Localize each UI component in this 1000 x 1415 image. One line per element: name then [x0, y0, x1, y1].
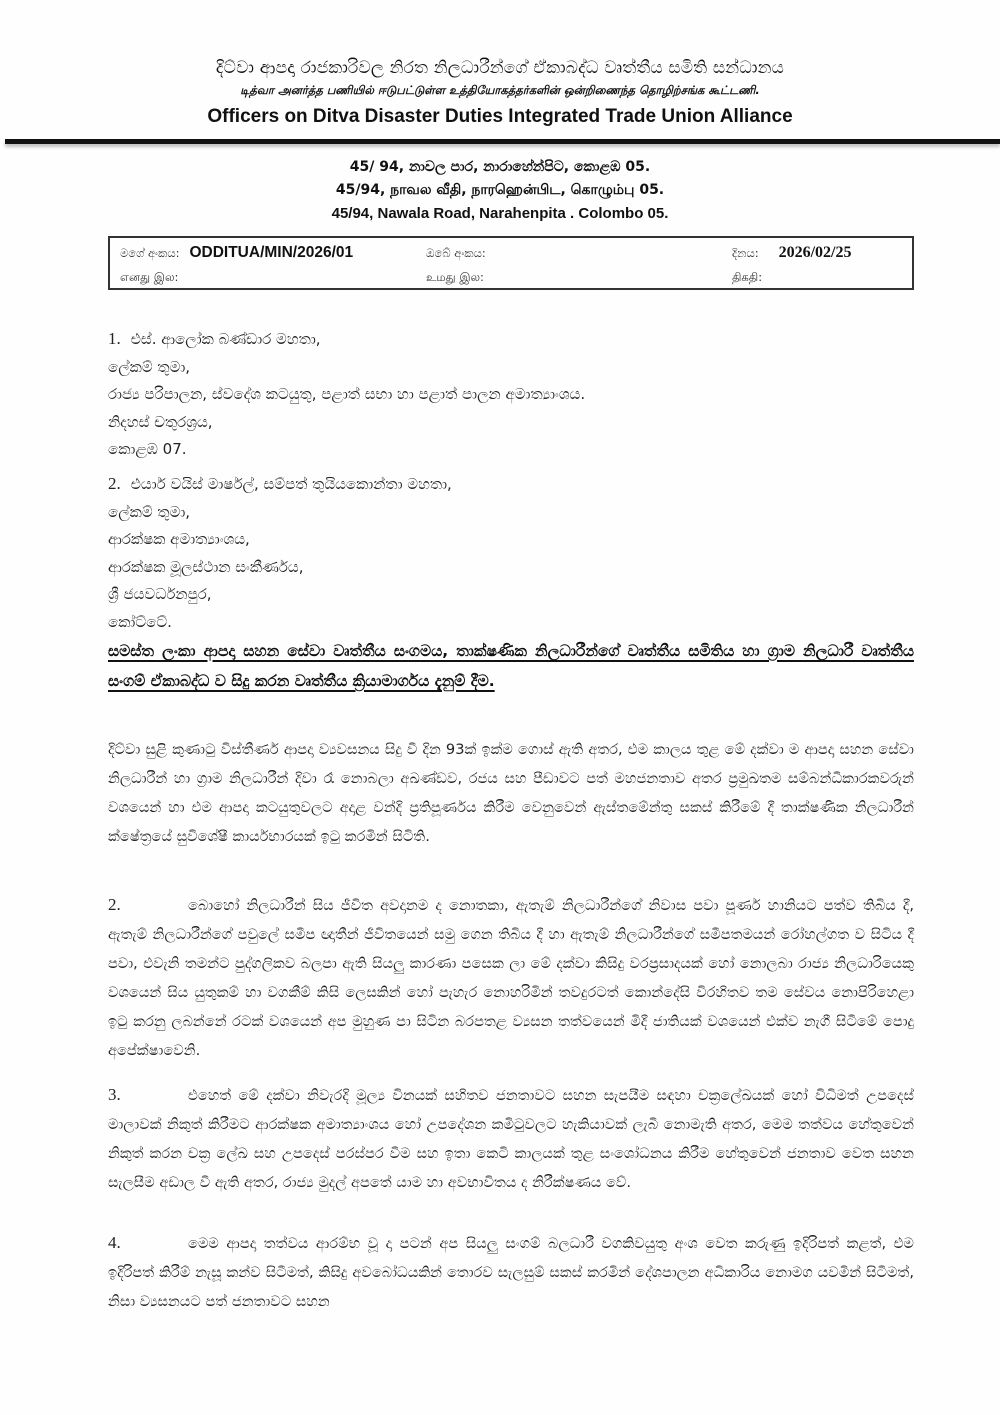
addressee-line: ලේකම් තුමා, [108, 354, 585, 382]
addressee-name: එයාර් වයිස් මාර්ෂල්, සම්පත් තුයියකොන්තා … [131, 475, 452, 493]
paragraph-4: 4.මෙම ආපදා තත්වය ආරම්භ වූ දා පටන් අප සිය… [108, 1228, 914, 1316]
addressee-line: කොළඹ 07. [108, 436, 585, 464]
letter-date: දිනය:2026/02/25 [732, 244, 851, 262]
addressee-number: 2. [108, 474, 121, 493]
letter-subject: සමස්ත ලංකා ආපදා සහන සේවා වෘත්තීය සංගමය, … [108, 636, 914, 696]
addressee-number: 1. [108, 329, 121, 348]
addressee-line: කෝට්ටේ. [108, 609, 452, 637]
addressee-line: ශ්‍රී ජයවර්ධනපුර, [108, 581, 452, 609]
letter-page: දිට්වා ආපදා රාජකාරිවල නිරත නිලධාරීන්ගේ ඒ… [0, 0, 1000, 1415]
date-value: 2026/02/25 [779, 244, 852, 261]
paragraph-2: 2.බොහෝ නිලධාරීන් සිය ජීවිත අවදානම ද නොතක… [108, 890, 914, 1065]
letterhead: දිට්වා ආපදා රාජකාරිවල නිරත නිලධාරීන්ගේ ඒ… [0, 56, 1000, 132]
letterhead-title-tamil: டித்வா அனர்த்த பணியில் ஈடுபட்டுள்ள உத்தி… [0, 80, 1000, 100]
addressee-name: එස්. ආලෝක බණ්ඩාර මහතා, [131, 330, 321, 348]
your-reference-label: ඔබේ අංකය: [426, 244, 486, 262]
addressee-line: ආරක්ෂක මූලස්ථාන සංකීර්ණය, [108, 554, 452, 582]
addressee-line: රාජ්‍ය පරිපාලන, ස්වදේශ කටයුතු, පළාත් සභා… [108, 381, 585, 409]
addressee-2: 2.එයාර් වයිස් මාර්ෂල්, සම්පත් තුයියකොන්ත… [108, 470, 452, 636]
addressee-line: නිදහස් චතුරශ්‍රය, [108, 409, 585, 437]
date-label: දිනය: [732, 246, 759, 260]
paragraph-1: දිට්වා සුළි කුණාටු විස්තීර්ණ ආපදා ව්‍යවස… [108, 735, 914, 851]
addressee-line: 1.එස්. ආලෝක බණ්ඩාර මහතා, [108, 325, 585, 354]
addressee-1: 1.එස්. ආලෝක බණ්ඩාර මහතා, ලේකම් තුමා, රාජ… [108, 325, 585, 464]
my-reference-label: මගේ අංකය: [120, 246, 179, 260]
address-tamil: 45/94, நாவல வீதி, நாரஹென்பிட, கொழும்பு 0… [0, 179, 1000, 202]
my-reference-label-tamil: எனது இல: [120, 268, 178, 286]
address-sinhala: 45/ 94, නාවල පාර, නාරාහේන්පිට, කොළඹ 05. [0, 156, 1000, 179]
paragraph-3: 3.එහෙත් මේ දක්වා නිවැරදි මූල්‍ය විනයක් ස… [108, 1080, 914, 1197]
addressee-line: ලේකම් තුමා, [108, 499, 452, 527]
paragraph-text: එහෙත් මේ දක්වා නිවැරදි මූල්‍ය විනයක් සහි… [108, 1087, 914, 1191]
paragraph-text: දිට්වා සුළි කුණාටු විස්තීර්ණ ආපදා ව්‍යවස… [108, 741, 914, 845]
paragraph-number: 3. [108, 1080, 188, 1109]
date-label-tamil: திகதி: [732, 268, 762, 286]
my-reference-value: ODDITUA/MIN/2026/01 [189, 244, 353, 261]
your-reference-label-tamil: உமது இல: [426, 268, 484, 286]
addressee-line: 2.එයාර් වයිස් මාර්ෂල්, සම්පත් තුයියකොන්ත… [108, 470, 452, 499]
reference-box: මගේ අංකය:ODDITUA/MIN/2026/01 எனது இல: ඔබ… [108, 236, 914, 290]
paragraph-number: 4. [108, 1228, 188, 1257]
addressee-line: ආරක්ෂක අමාත්‍යාංශය, [108, 526, 452, 554]
paragraph-text: මෙම ආපදා තත්වය ආරම්භ වූ දා පටන් අප සියලු… [108, 1235, 914, 1310]
paragraph-number: 2. [108, 890, 188, 919]
letterhead-divider [5, 139, 1000, 144]
union-address: 45/ 94, නාවල පාර, නාරාහේන්පිට, කොළඹ 05. … [0, 156, 1000, 225]
my-reference: මගේ අංකය:ODDITUA/MIN/2026/01 [120, 244, 353, 262]
address-english: 45/94, Nawala Road, Narahenpita . Colomb… [0, 202, 1000, 225]
paragraph-text: බොහෝ නිලධාරීන් සිය ජීවිත අවදානම ද නොතකා,… [108, 897, 914, 1059]
letterhead-title-english: Officers on Ditva Disaster Duties Integr… [0, 102, 1000, 132]
letterhead-title-sinhala: දිට්වා ආපදා රාජකාරිවල නිරත නිලධාරීන්ගේ ඒ… [0, 56, 1000, 80]
